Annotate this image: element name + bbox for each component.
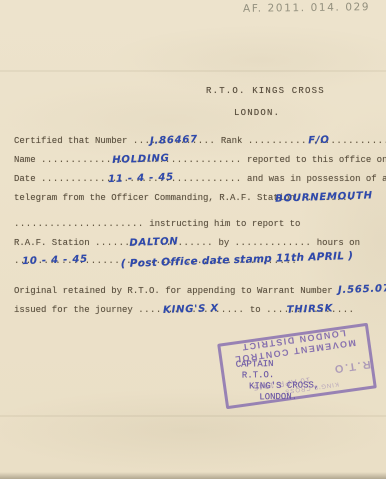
header-office: R.T.O. KINGS CROSS bbox=[206, 86, 325, 96]
field-date: ..................................11 - 4… bbox=[41, 174, 242, 184]
form-line-instructing: ...................... instructing him t… bbox=[14, 219, 300, 229]
archive-number: AF. 2011. 014. 029 bbox=[243, 1, 370, 15]
typed-text: to bbox=[244, 305, 266, 315]
handwritten-rank: F/O bbox=[308, 135, 330, 147]
dotted-rule: ...................... bbox=[14, 219, 144, 229]
form-line-report-station: R.A.F. Station ....................DALTO… bbox=[14, 238, 360, 248]
field-station-from: ..........BOURNEMOUTH bbox=[295, 193, 354, 203]
stamp-typed-london: LONDON. bbox=[259, 391, 319, 403]
typed-text: Date bbox=[14, 174, 41, 184]
typed-text: R.A.F. Station bbox=[14, 238, 95, 248]
form-line-name: Name ..................................H… bbox=[14, 155, 386, 165]
field-rank: ........................F/O bbox=[248, 136, 386, 146]
field-journey-from: ..................KING'S X bbox=[138, 305, 244, 315]
handwritten-warrant-number: J.565.073 bbox=[338, 283, 386, 296]
handwritten-name: HOLDING bbox=[112, 153, 170, 166]
typed-text: and was in possession of a bbox=[242, 174, 386, 184]
document-paper: AF. 2011. 014. 029 R.T.O. KINGS CROSS LO… bbox=[0, 0, 386, 479]
form-line-telegram: telegram from the Officer Commanding, R.… bbox=[14, 193, 354, 203]
stamp-signature-block: CAPTAIN R.T.O. KING'S CROSS, LONDON. bbox=[236, 358, 320, 403]
handwritten-station-from: BOURNEMOUTH bbox=[275, 190, 373, 204]
field-service-number: ..............J.86467 bbox=[133, 136, 216, 146]
field-station-to: ....................DALTON bbox=[95, 238, 213, 248]
typed-text: instructing him to report to bbox=[144, 219, 301, 229]
stamp-typed-kings-cross: KING'S CROSS, bbox=[249, 380, 319, 392]
paper-edge-shadow bbox=[0, 472, 386, 479]
typed-text: Certified that Number bbox=[14, 136, 133, 146]
handwritten-hours-date: 10 - 4 - 45 bbox=[22, 254, 88, 267]
stamp-rto-text: R.T.O bbox=[332, 358, 371, 375]
typed-text: reported to this office on bbox=[242, 155, 386, 165]
field-annotation: ..................................( Post… bbox=[97, 256, 298, 266]
paper-crease bbox=[0, 70, 386, 72]
form-line-certified: Certified that Number ..............J.86… bbox=[14, 136, 386, 146]
typed-text: Original retained by R.T.O. for appendin… bbox=[14, 286, 338, 296]
form-line-hours-date: ..............10 - 4 - 45...............… bbox=[14, 256, 297, 266]
handwritten-annotation: ( Post Office date stamp 11th APRIL ) bbox=[121, 250, 354, 270]
typed-text: by bbox=[213, 238, 235, 248]
typed-text: telegram from the Officer Commanding, R.… bbox=[14, 193, 295, 203]
handwritten-station-to: DALTON bbox=[129, 236, 179, 249]
field-name: ..................................HOLDIN… bbox=[41, 155, 242, 165]
form-line-warrant: Original retained by R.T.O. for appendin… bbox=[14, 285, 386, 296]
paper-crease bbox=[0, 415, 386, 417]
handwritten-journey-from: KING'S X bbox=[163, 303, 219, 316]
field-journey-to: ...............THIRSK bbox=[266, 305, 355, 315]
handwritten-date: 11 - 4 - 45 bbox=[108, 172, 174, 185]
handwritten-service-number: J.86467 bbox=[150, 134, 198, 147]
typed-text: Rank bbox=[215, 136, 247, 146]
dotted-rule: ............. bbox=[235, 238, 312, 248]
header-city: LONDON. bbox=[234, 108, 280, 118]
form-line-date: Date ..................................1… bbox=[14, 174, 386, 184]
handwritten-journey-to: THIRSK bbox=[287, 303, 334, 316]
form-line-journey: issued for the journey .................… bbox=[14, 305, 355, 315]
field-hours-date: ..............10 - 4 - 45 bbox=[14, 256, 97, 266]
typed-text: Name bbox=[14, 155, 41, 165]
typed-text: issued for the journey bbox=[14, 305, 138, 315]
typed-text: hours on bbox=[311, 238, 360, 248]
